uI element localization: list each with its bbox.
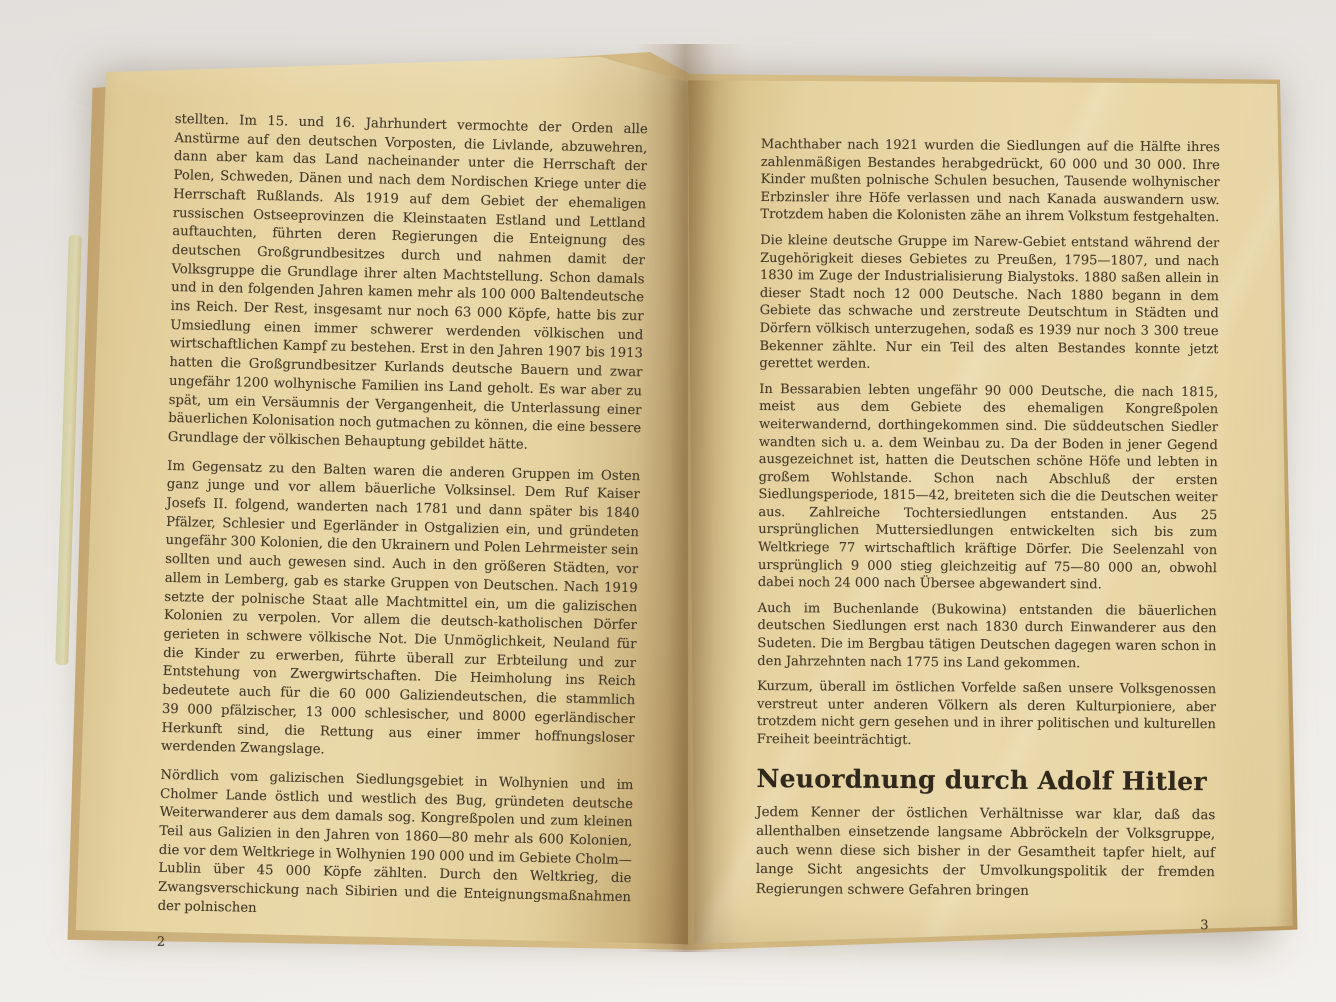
body-paragraph: Nördlich vom galizischen Siedlungsgebiet… xyxy=(157,767,633,927)
body-paragraph: Auch im Buchenlande (Bukowina) entstande… xyxy=(757,600,1216,674)
page-number-right: 3 xyxy=(755,915,1214,933)
left-page-text-column: stellten. Im 15. und 16. Jahrhundert ver… xyxy=(157,111,648,960)
body-paragraph: Jedem Kenner der östlichen Verhältnisse … xyxy=(756,803,1216,903)
body-paragraph: Im Gegensatz zu den Balten waren die and… xyxy=(161,458,640,767)
right-page-text-column: Machthaber nach 1921 wurden die Siedlung… xyxy=(755,136,1220,933)
body-paragraph: stellten. Im 15. und 16. Jahrhundert ver… xyxy=(168,111,648,458)
page-number-left: 2 xyxy=(157,934,630,959)
photo-background: stellten. Im 15. und 16. Jahrhundert ver… xyxy=(0,0,1336,1002)
body-paragraph: Die kleine deutsche Gruppe im Narew-Gebi… xyxy=(759,232,1219,376)
body-paragraph: Kurzum, überall im östlichen Vorfelde sa… xyxy=(757,678,1216,752)
body-paragraph: In Bessarabien lebten ungefähr 90 000 De… xyxy=(758,381,1218,595)
body-paragraph: Machthaber nach 1921 wurden die Siedlung… xyxy=(760,136,1220,227)
section-heading: Neuordnung durch Adolf Hitler xyxy=(756,764,1215,797)
